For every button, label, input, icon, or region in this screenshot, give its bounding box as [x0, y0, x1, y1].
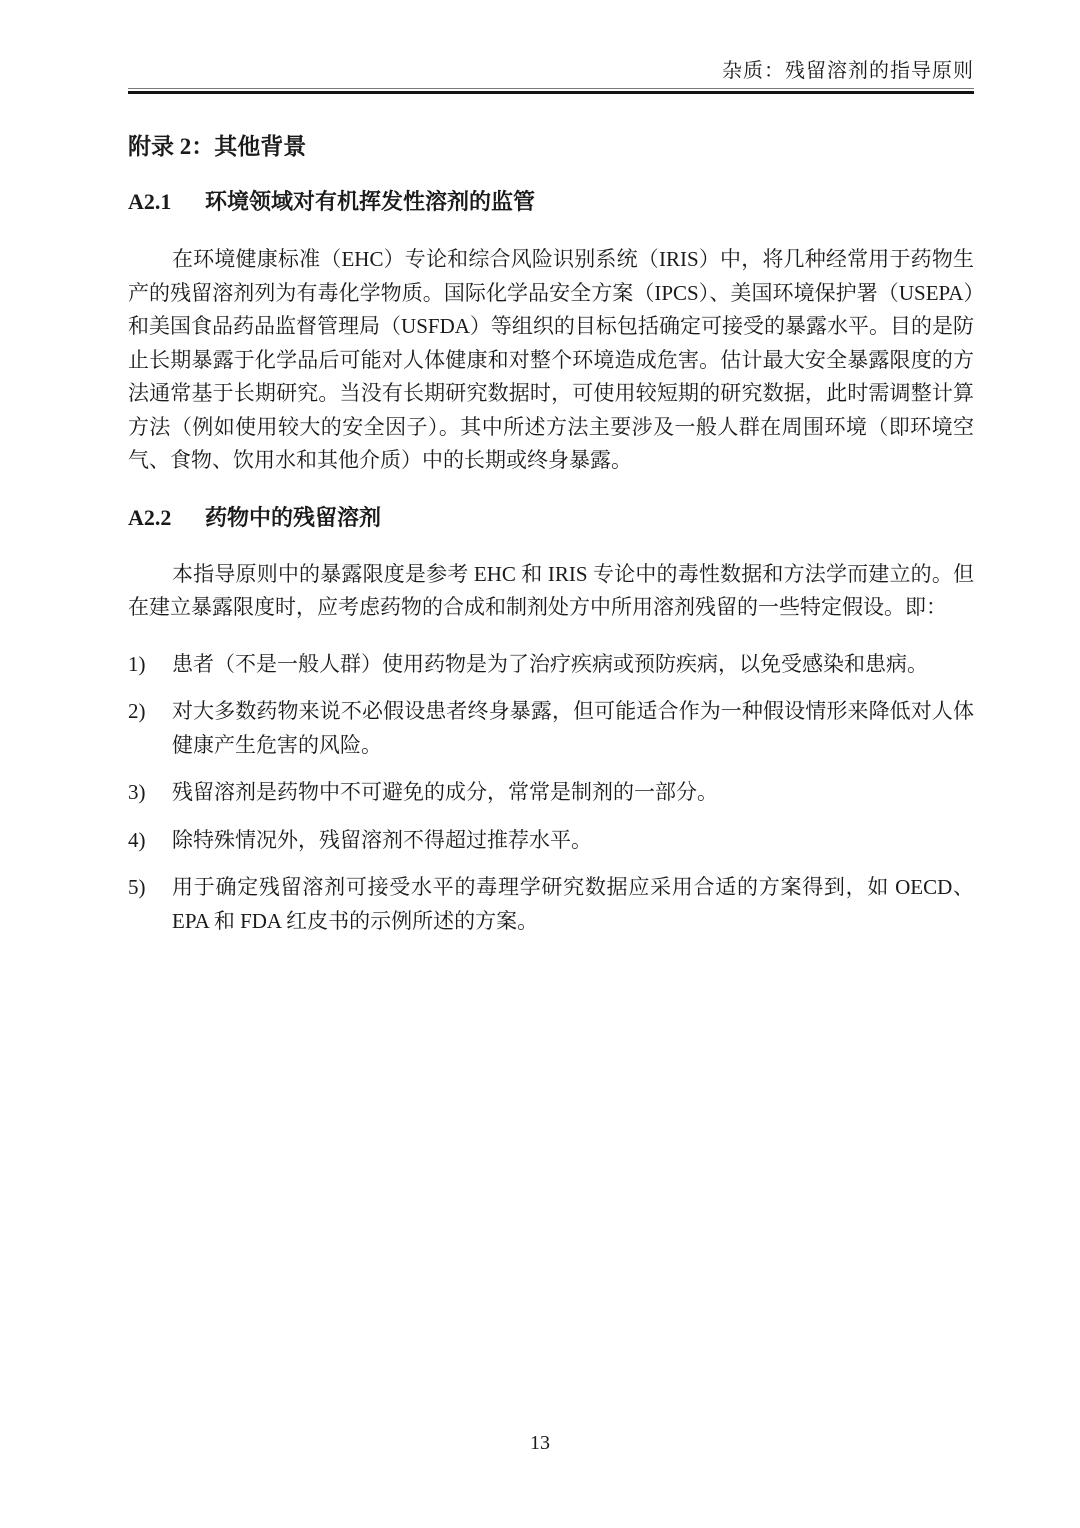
list-item-marker: 4) [128, 824, 146, 858]
list-item-2: 2) 对大多数药物来说不必假设患者终身暴露，但可能适合作为一种假设情形来降低对人… [128, 695, 974, 762]
list-item-text: 残留溶剂是药物中不可避免的成分，常常是制剂的一部分。 [172, 780, 718, 804]
numbered-list: 1) 患者（不是一般人群）使用药物是为了治疗疾病或预防疾病，以免受感染和患病。 … [128, 648, 974, 939]
section-number: A2.1 [128, 187, 205, 217]
list-item-5: 5) 用于确定残留溶剂可接受水平的毒理学研究数据应采用合适的方案得到，如 OEC… [128, 871, 974, 938]
section-number: A2.2 [128, 503, 205, 533]
list-item-marker: 3) [128, 776, 146, 810]
section-heading-text: 环境领域对有机挥发性溶剂的监管 [205, 189, 535, 214]
header-rule [128, 88, 974, 94]
list-item-marker: 2) [128, 695, 146, 729]
document-page: 杂质：残留溶剂的指导原则 附录 2：其他背景 A2.1环境领域对有机挥发性溶剂的… [0, 0, 1080, 1528]
list-item-text: 患者（不是一般人群）使用药物是为了治疗疾病或预防疾病，以免受感染和患病。 [172, 652, 928, 676]
list-item-4: 4) 除特殊情况外，残留溶剂不得超过推荐水平。 [128, 824, 974, 858]
list-item-3: 3) 残留溶剂是药物中不可避免的成分，常常是制剂的一部分。 [128, 776, 974, 810]
list-item-text: 对大多数药物来说不必假设患者终身暴露，但可能适合作为一种假设情形来降低对人体健康… [172, 699, 974, 757]
page-number: 13 [0, 1432, 1080, 1455]
section-heading-text: 药物中的残留溶剂 [205, 505, 381, 530]
list-item-1: 1) 患者（不是一般人群）使用药物是为了治疗疾病或预防疾病，以免受感染和患病。 [128, 648, 974, 682]
list-item-marker: 1) [128, 648, 146, 682]
appendix-title: 附录 2：其他背景 [128, 132, 974, 162]
list-item-text: 用于确定残留溶剂可接受水平的毒理学研究数据应采用合适的方案得到，如 OECD、E… [172, 875, 974, 933]
running-header: 杂质：残留溶剂的指导原则 [128, 0, 974, 84]
paragraph-a2-2: 本指导原则中的暴露限度是参考 EHC 和 IRIS 专论中的毒性数据和方法学而建… [128, 558, 974, 625]
section-heading-a2-2: A2.2药物中的残留溶剂 [128, 503, 974, 533]
paragraph-a2-1: 在环境健康标准（EHC）专论和综合风险识别系统（IRIS）中，将几种经常用于药物… [128, 243, 974, 478]
running-header-text: 杂质：残留溶剂的指导原则 [722, 60, 974, 82]
list-item-marker: 5) [128, 871, 146, 905]
section-heading-a2-1: A2.1环境领域对有机挥发性溶剂的监管 [128, 187, 974, 217]
list-item-text: 除特殊情况外，残留溶剂不得超过推荐水平。 [172, 828, 592, 852]
